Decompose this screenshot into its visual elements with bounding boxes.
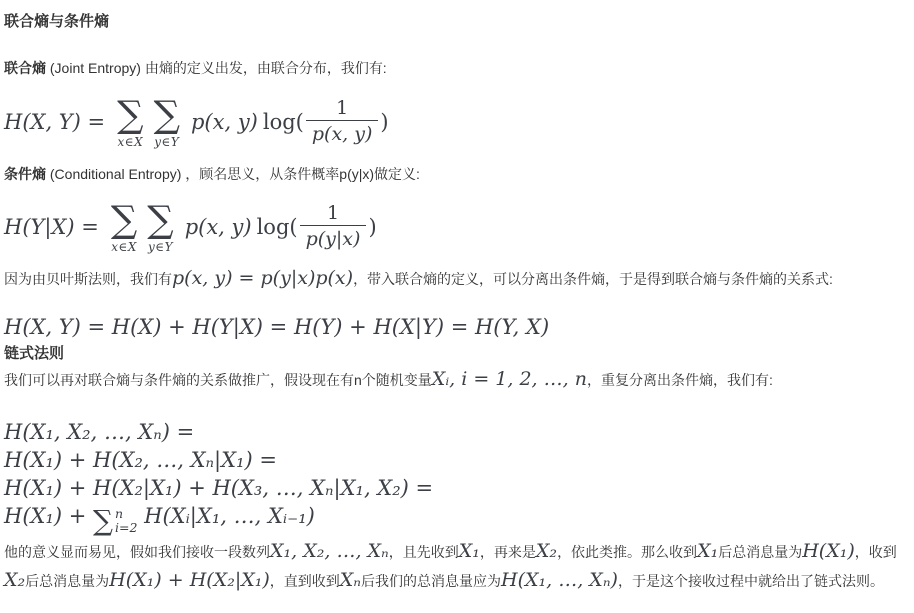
joint-formula-body: p(x, y) — [191, 110, 258, 134]
para-joint-text: (Joint Entropy) 由熵的定义出发，由联合分布，我们有: — [46, 60, 387, 76]
chain-rule-heading: 链式法则 — [4, 344, 909, 364]
sum-limit-y: y∈Y — [154, 136, 179, 148]
bayes-inline-math: p(x, y) = p(y|x)p(x) — [172, 267, 353, 289]
sum-over-x: ∑ x∈X — [117, 96, 143, 148]
article: 联合熵与条件熵 联合熵 (Joint Entropy) 由熵的定义出发，由联合分… — [0, 0, 914, 605]
chain-inline-math: Xᵢ, i = 1, 2, …, n — [432, 368, 587, 390]
receive-text-9: 后我们的总消息量应为 — [361, 573, 501, 589]
x1-math: X₁ — [697, 540, 718, 562]
sigma-icon: ∑ — [154, 96, 180, 133]
formula-conditional-entropy: H(Y|X) = ∑ x∈X ∑ y∈Y p(x, y) log( 1 p(y|… — [4, 199, 909, 255]
sequence-math: X₁, X₂, …, Xₙ — [270, 540, 389, 562]
term-joint-entropy: 联合熵 — [4, 60, 46, 76]
term-conditional-entropy: 条件熵 — [4, 166, 46, 182]
close-paren: ) — [380, 110, 388, 134]
formula-entropy-relation: H(X, Y) = H(X) + H(Y|X) = H(Y) + H(X|Y) … — [4, 313, 909, 341]
sigma-icon: ∑ — [147, 201, 173, 238]
chain-formula-line-1: H(X₁, X₂, …, Xₙ) = — [4, 418, 909, 446]
x2-math: X₂ — [536, 540, 557, 562]
numerator: 1 — [321, 203, 345, 225]
page-title: 联合熵与条件熵 — [4, 12, 909, 32]
sum-limit-x: x∈X — [118, 136, 144, 148]
para-cond-intro: 条件熵 (Conditional Entropy) ，顾名思义，从条件概率p(y… — [4, 164, 909, 184]
numerator: 1 — [330, 98, 354, 120]
sum-over-y: ∑ y∈Y — [147, 201, 173, 253]
xn-math: Xₙ — [340, 569, 361, 591]
chain-line4-pre: H(X₁) + — [4, 504, 93, 528]
formula-chain-rule: H(X₁, X₂, …, Xₙ) = H(X₁) + H(X₂, …, Xₙ|X… — [4, 418, 909, 535]
chain-formula-line-2: H(X₁) + H(X₂, …, Xₙ|X₁) = — [4, 446, 909, 474]
sum-limits: ni=2 — [115, 507, 137, 536]
denominator: p(x, y) — [306, 120, 379, 146]
hx1-xn-math: H(X₁, …, Xₙ) — [501, 569, 618, 591]
x2-math: X₂ — [4, 569, 25, 591]
para-chain-intro: 我们可以再对联合熵与条件熵的关系做推广，假设现在有n个随机变量Xᵢ, i = 1… — [4, 366, 909, 394]
chain-text-2: ，重复分离出条件熵，我们有: — [587, 372, 773, 388]
sum-limit-x: x∈X — [111, 241, 137, 253]
para-chain-meaning: 他的意义显而易见，假如我们接收一段数列X₁, X₂, …, Xₙ，且先收到X₁，… — [4, 537, 909, 595]
receive-text-3: ，再来是 — [480, 544, 536, 560]
chain-text-1: 我们可以再对联合熵与条件熵的关系做推广，假设现在有n个随机变量 — [4, 372, 432, 388]
para-bayes-rule: 因为由贝叶斯法则，我们有p(x, y) = p(y|x)p(x)，带入联合熵的定… — [4, 265, 909, 293]
hx1-math: H(X₁) — [802, 540, 855, 562]
receive-text-2: ，且先收到 — [389, 544, 459, 560]
sum-lower-limit: i=2 — [115, 521, 137, 535]
joint-formula-lhs: H(X, Y) = — [4, 110, 105, 134]
chain-formula-line-4: H(X₁) + ∑ni=2 H(Xᵢ|X₁, …, Xᵢ₋₁) — [4, 502, 909, 535]
denominator: p(y|x) — [300, 225, 367, 251]
receive-text-10: ，于是这个接收过程中就给出了链式法则。 — [618, 573, 884, 589]
x1-math: X₁ — [459, 540, 480, 562]
close-paren: ) — [368, 215, 376, 239]
receive-text-7: 后总消息量为 — [25, 573, 109, 589]
sigma-icon: ∑ — [117, 96, 143, 133]
inline-sum: ∑ni=2 — [93, 507, 137, 536]
sigma-icon: ∑ — [93, 507, 113, 535]
log-open-paren: log( — [257, 215, 298, 239]
receive-text-4: ，依此类推。那么收到 — [557, 544, 697, 560]
log-open-paren: log( — [263, 110, 304, 134]
sum-upper-limit: n — [115, 507, 123, 521]
receive-text-5: 后总消息量为 — [718, 544, 802, 560]
sigma-icon: ∑ — [111, 201, 137, 238]
sum-over-y: ∑ y∈Y — [154, 96, 180, 148]
fraction: 1 p(y|x) — [300, 203, 367, 251]
receive-text-8: ，直到收到 — [270, 573, 340, 589]
chain-line4-post: H(Xᵢ|X₁, …, Xᵢ₋₁) — [137, 504, 314, 528]
cond-formula-body: p(x, y) — [185, 215, 252, 239]
para-cond-text: (Conditional Entropy) ，顾名思义，从条件概率p(y|x)做… — [46, 166, 420, 182]
cond-formula-lhs: H(Y|X) = — [4, 215, 99, 239]
bayes-text-2: ，带入联合熵的定义，可以分离出条件熵，于是得到联合熵与条件熵的关系式: — [353, 271, 833, 287]
hx1-plus-hx2-math: H(X₁) + H(X₂|X₁) — [109, 569, 270, 591]
receive-text-6: ，收到 — [855, 544, 897, 560]
bayes-text-1: 因为由贝叶斯法则，我们有 — [4, 271, 172, 287]
para-joint-intro: 联合熵 (Joint Entropy) 由熵的定义出发，由联合分布，我们有: — [4, 58, 909, 78]
sum-over-x: ∑ x∈X — [111, 201, 137, 253]
fraction: 1 p(x, y) — [306, 98, 379, 146]
chain-formula-line-3: H(X₁) + H(X₂|X₁) + H(X₃, …, Xₙ|X₁, X₂) = — [4, 474, 909, 502]
sum-limit-y: y∈Y — [148, 241, 173, 253]
receive-text-1: 他的意义显而易见，假如我们接收一段数列 — [4, 544, 270, 560]
formula-joint-entropy: H(X, Y) = ∑ x∈X ∑ y∈Y p(x, y) log( 1 p(x… — [4, 94, 909, 150]
